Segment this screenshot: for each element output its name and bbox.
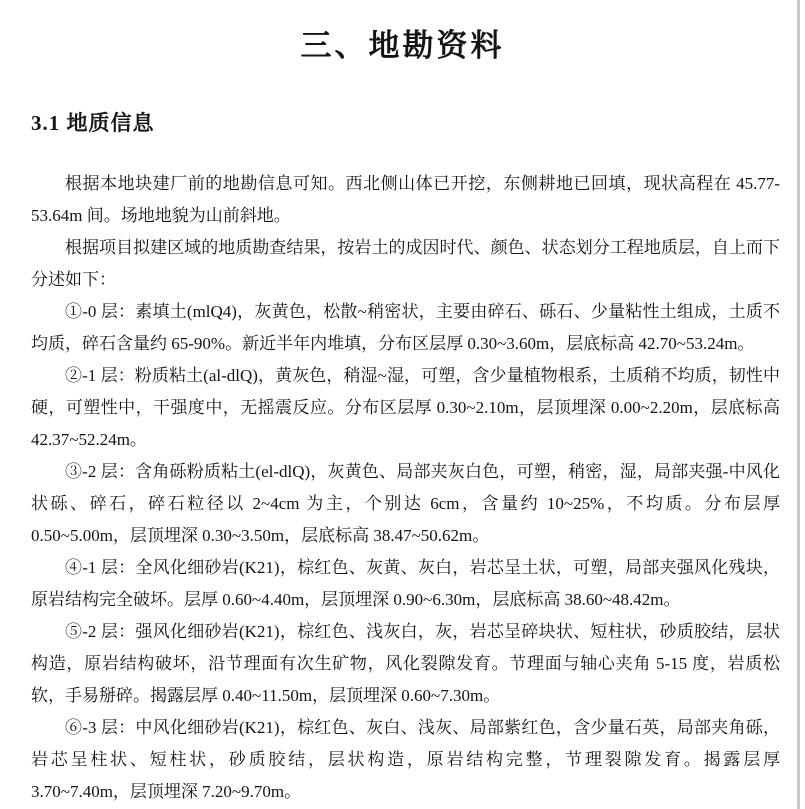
- paragraph-layer-3-2-gravelly-silty-clay: ③-2 层：含角砾粉质粘土(el-dlQ)，灰黄色、局部夹灰白色，可塑，稍密，湿…: [31, 456, 780, 552]
- document-page: 三、地勘资料 3.1 地质信息 根据本地块建厂前的地勘信息可知。西北侧山体已开挖…: [0, 0, 805, 809]
- paragraph-layer-4-1-fully-weathered-sandstone: ④-1 层：全风化细砂岩(K21)，棕红色、灰黄、灰白，岩芯呈土状，可塑，局部夹…: [31, 552, 780, 616]
- paragraph-layer-1-0-fill-soil: ①-0 层：素填土(mlQ4)，灰黄色，松散~稍密状，主要由碎石、砾石、少量粘性…: [31, 296, 780, 360]
- paragraph-survey-intro: 根据项目拟建区域的地质勘查结果，按岩土的成因时代、颜色、状态划分工程地质层，自上…: [31, 232, 780, 296]
- paragraph-layer-5-2-strongly-weathered-sandstone: ⑤-2 层：强风化细砂岩(K21)，棕红色、浅灰白，灰，岩芯呈碎块状、短柱状，砂…: [31, 616, 780, 712]
- paragraph-layer-2-1-silty-clay: ②-1 层：粉质粘土(al-dlQ)，黄灰色，稍湿~湿，可塑，含少量植物根系，土…: [31, 360, 780, 456]
- document-title: 三、地勘资料: [0, 0, 805, 67]
- section-heading: 3.1 地质信息: [0, 67, 805, 136]
- document-body: 根据本地块建厂前的地勘信息可知。西北侧山体已开挖，东侧耕地已回填，现状高程在 4…: [0, 136, 805, 808]
- page-edge-line: [797, 0, 800, 809]
- paragraph-site-overview: 根据本地块建厂前的地勘信息可知。西北侧山体已开挖，东侧耕地已回填，现状高程在 4…: [31, 168, 780, 232]
- paragraph-layer-6-3-moderately-weathered-sandstone: ⑥-3 层：中风化细砂岩(K21)，棕红色、灰白、浅灰、局部紫红色，含少量石英，…: [31, 712, 780, 808]
